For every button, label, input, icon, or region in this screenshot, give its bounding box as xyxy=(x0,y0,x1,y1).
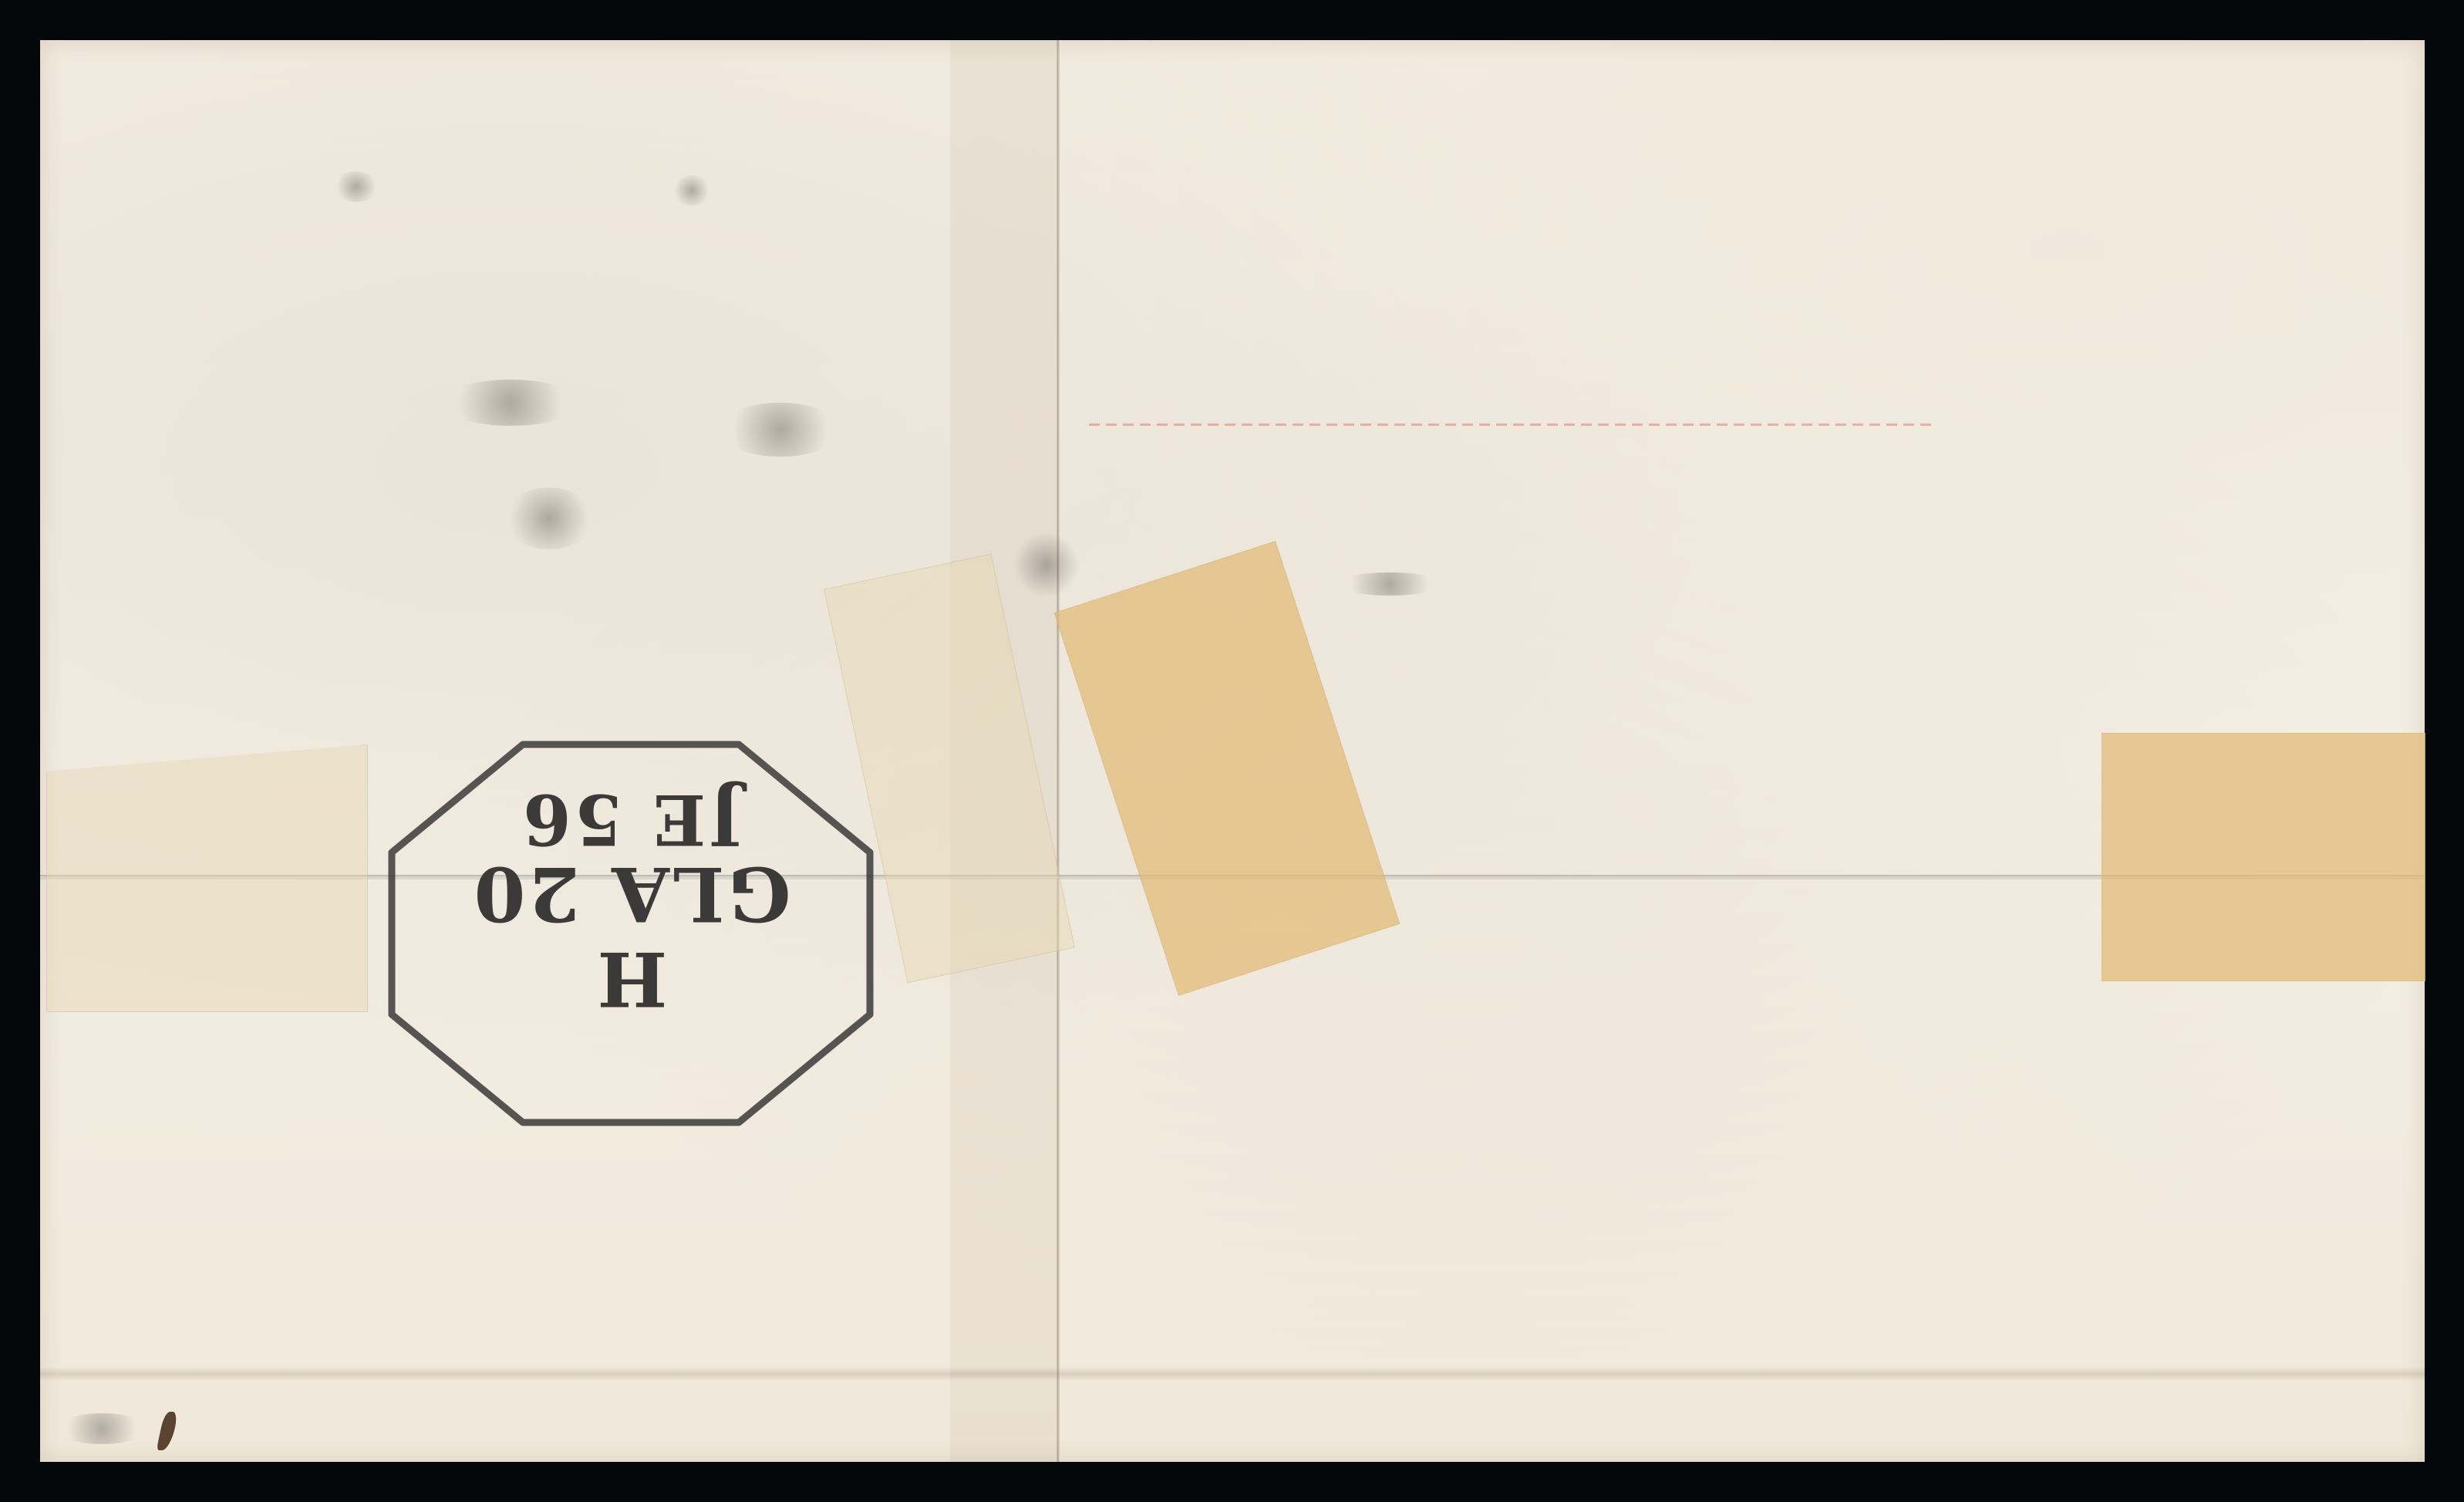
ink-smudge xyxy=(333,171,379,202)
vertical-fold xyxy=(1057,40,1060,1462)
left-tape xyxy=(46,744,368,1012)
bottom-fold xyxy=(40,1367,2425,1381)
ink-smudge xyxy=(719,403,842,457)
ink-smudge xyxy=(1012,534,1081,596)
red-showthrough-line xyxy=(1089,424,1937,426)
postmark-town-date: GLA 20 xyxy=(376,850,885,937)
ink-smudge xyxy=(503,488,595,549)
postmark-month-year: JE 56 xyxy=(376,778,885,860)
ink-smudge xyxy=(56,1413,148,1444)
ink-smudge xyxy=(1336,572,1444,596)
ink-smudge xyxy=(441,380,580,426)
octagonal-postmark: H GLA 20 JE 56 xyxy=(376,729,885,1138)
postmark-code: H xyxy=(376,935,885,1022)
ink-smudge xyxy=(672,175,711,206)
right-tape xyxy=(2102,733,2425,981)
